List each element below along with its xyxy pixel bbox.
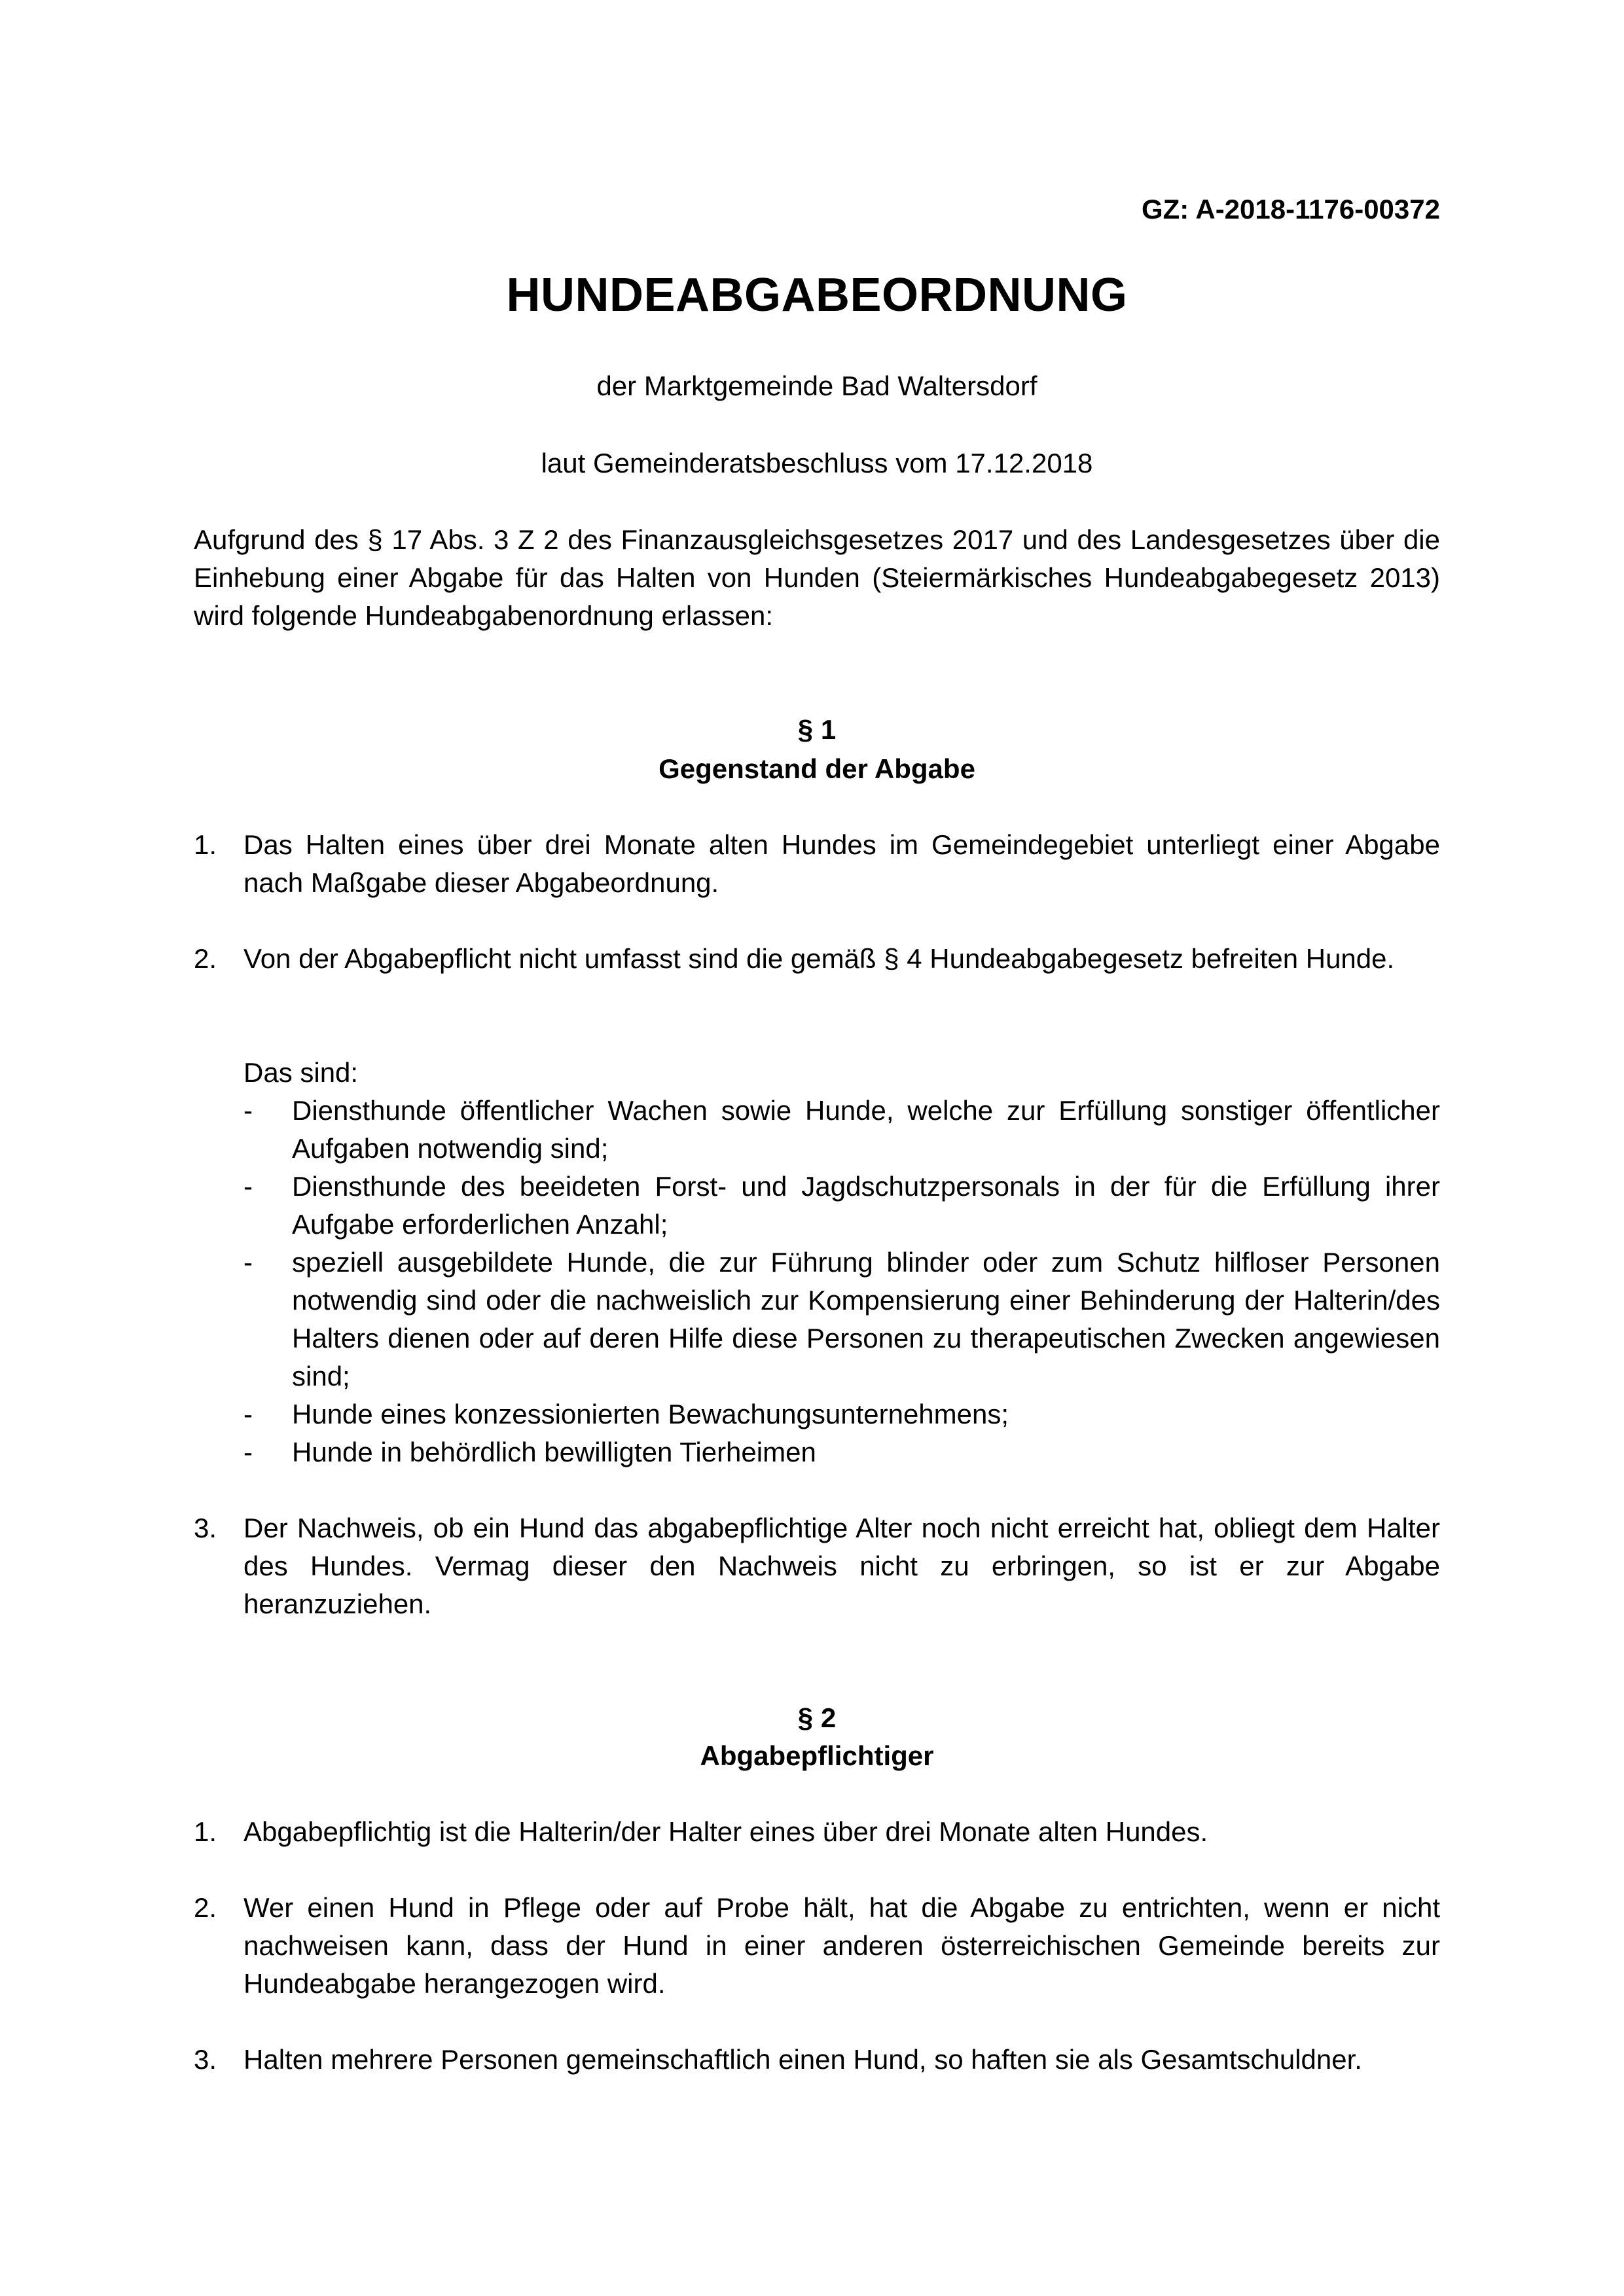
section-1-item-3: 3. Der Nachweis, ob ein Hund das abgabep… xyxy=(194,1509,1440,1623)
item-number: 1. xyxy=(194,1813,241,1851)
section-2-number: § 2 xyxy=(194,1699,1440,1737)
section-1-item-1: 1. Das Halten eines über drei Monate alt… xyxy=(194,826,1440,902)
item-text: Abgabepflichtig ist die Halterin/der Hal… xyxy=(244,1813,1440,1851)
bullet-text: Hunde in behördlich bewilligten Tierheim… xyxy=(292,1433,1440,1471)
resolution-date: laut Gemeinderatsbeschluss vom 17.12.201… xyxy=(194,448,1440,479)
exemption-bullet: - Diensthunde des beeideten Forst- und J… xyxy=(244,1168,1440,1244)
municipality-subtitle: der Marktgemeinde Bad Waltersdorf xyxy=(194,370,1440,402)
exemption-bullet: - Hunde in behördlich bewilligten Tierhe… xyxy=(244,1433,1440,1471)
bullet-dash: - xyxy=(244,1244,253,1282)
bullet-text: Diensthunde öffentlicher Wachen sowie Hu… xyxy=(292,1092,1440,1168)
item-text: Das Halten eines über drei Monate alten … xyxy=(244,826,1440,902)
bullet-dash: - xyxy=(244,1168,253,1206)
item-number: 2. xyxy=(194,940,241,978)
section-1-number: § 1 xyxy=(194,711,1440,749)
reference-number: GZ: A-2018-1176-00372 xyxy=(1142,194,1440,225)
bullet-dash: - xyxy=(244,1092,253,1130)
item-number: 2. xyxy=(194,1889,241,1927)
item-number: 3. xyxy=(194,1509,241,1547)
item-text: Von der Abgabepflicht nicht umfasst sind… xyxy=(244,940,1440,978)
preamble: Aufgrund des § 17 Abs. 3 Z 2 des Finanza… xyxy=(194,521,1440,635)
item-text: Der Nachweis, ob ein Hund das abgabepfli… xyxy=(244,1509,1440,1623)
section-2-item-3: 3. Halten mehrere Personen gemeinschaftl… xyxy=(194,2041,1440,2079)
section-1-heading: Gegenstand der Abgabe xyxy=(194,750,1440,788)
exemption-bullet: - speziell ausgebildete Hunde, die zur F… xyxy=(244,1244,1440,1395)
section-2-heading: Abgabepflichtiger xyxy=(194,1737,1440,1775)
section-1-item-2: 2. Von der Abgabepflicht nicht umfasst s… xyxy=(194,940,1440,978)
exemption-bullet: - Hunde eines konzessionierten Bewachung… xyxy=(244,1395,1440,1433)
exemptions-intro: Das sind: xyxy=(244,1054,358,1092)
bullet-text: speziell ausgebildete Hunde, die zur Füh… xyxy=(292,1244,1440,1395)
section-2-item-2: 2. Wer einen Hund in Pflege oder auf Pro… xyxy=(194,1889,1440,2003)
item-text: Halten mehrere Personen gemeinschaftlich… xyxy=(244,2041,1440,2079)
item-number: 1. xyxy=(194,826,241,864)
bullet-dash: - xyxy=(244,1395,253,1433)
item-number: 3. xyxy=(194,2041,241,2079)
section-2-item-1: 1. Abgabepflichtig ist die Halterin/der … xyxy=(194,1813,1440,1851)
bullet-text: Diensthunde des beeideten Forst- und Jag… xyxy=(292,1168,1440,1244)
item-text: Wer einen Hund in Pflege oder auf Probe … xyxy=(244,1889,1440,2003)
bullet-dash: - xyxy=(244,1433,253,1471)
document-title: HUNDEABGABEORDNUNG xyxy=(194,268,1440,322)
exemption-bullet: - Diensthunde öffentlicher Wachen sowie … xyxy=(244,1092,1440,1168)
bullet-text: Hunde eines konzessionierten Bewachungsu… xyxy=(292,1395,1440,1433)
